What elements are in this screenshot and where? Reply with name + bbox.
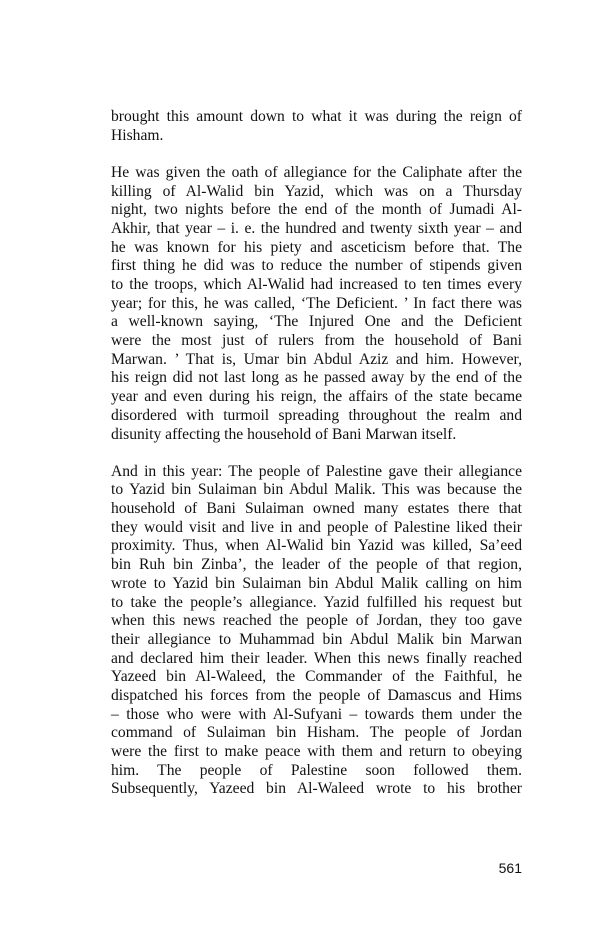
text-line: Subsequently, Yazeed bin Al-Waleed wrote… [111,780,522,799]
text-line: his reign did not last long as he passed… [111,369,522,388]
text-line: – those who were with Al-Sufyani – towar… [111,706,522,725]
text-line: brought this amount down to what it was … [111,108,522,127]
text-line: first thing he did was to reduce the num… [111,257,522,276]
text-line: killing of Al-Walid bin Yazid, which was… [111,183,522,202]
text-line: were the most just of rulers from the ho… [111,332,522,351]
text-line: and declared him their leader. When this… [111,650,522,669]
paragraph-1: brought this amount down to what it was … [111,108,522,145]
text-line: disunity affecting the household of Bani… [111,426,522,445]
text-line: He was given the oath of allegiance for … [111,164,522,183]
text-line: him. The people of Palestine soon follow… [111,762,522,781]
text-line: bin Ruh bin Zinba’, the leader of the pe… [111,556,522,575]
text-line: And in this year: The people of Palestin… [111,463,522,482]
text-line: to take the people’s allegiance. Yazid f… [111,594,522,613]
body-text: brought this amount down to what it was … [111,108,522,818]
text-line: Hisham. [111,127,522,146]
text-line: Marwan. ’ That is, Umar bin Abdul Aziz a… [111,351,522,370]
text-line: disordered with turmoil spreading throug… [111,407,522,426]
page-number: 561 [490,860,522,876]
text-line: year; for this, he was called, ‘The Defi… [111,295,522,314]
text-line: Akhir, that year – i. e. the hundred and… [111,220,522,239]
text-line: dispatched his forces from the people of… [111,687,522,706]
text-line: to the troops, which Al-Walid had increa… [111,276,522,295]
text-line: household of Bani Sulaiman owned many es… [111,500,522,519]
text-line: a well-known saying, ‘The Injured One an… [111,313,522,332]
text-line: when this news reached the people of Jor… [111,612,522,631]
book-page: brought this amount down to what it was … [0,0,605,935]
text-line: night, two nights before the end of the … [111,201,522,220]
text-line: they would visit and live in and people … [111,519,522,538]
text-line: their allegiance to Muhammad bin Abdul M… [111,631,522,650]
text-line: wrote to Yazid bin Sulaiman bin Abdul Ma… [111,575,522,594]
text-line: to Yazid bin Sulaiman bin Abdul Malik. T… [111,481,522,500]
text-line: he was known for his piety and asceticis… [111,239,522,258]
text-line: command of Sulaiman bin Hisham. The peop… [111,724,522,743]
text-line: year and even during his reign, the affa… [111,388,522,407]
text-line: Yazeed bin Al-Waleed, the Commander of t… [111,668,522,687]
text-line: proximity. Thus, when Al-Walid bin Yazid… [111,537,522,556]
text-line: were the first to make peace with them a… [111,743,522,762]
paragraph-2: He was given the oath of allegiance for … [111,164,522,444]
paragraph-3: And in this year: The people of Palestin… [111,463,522,799]
